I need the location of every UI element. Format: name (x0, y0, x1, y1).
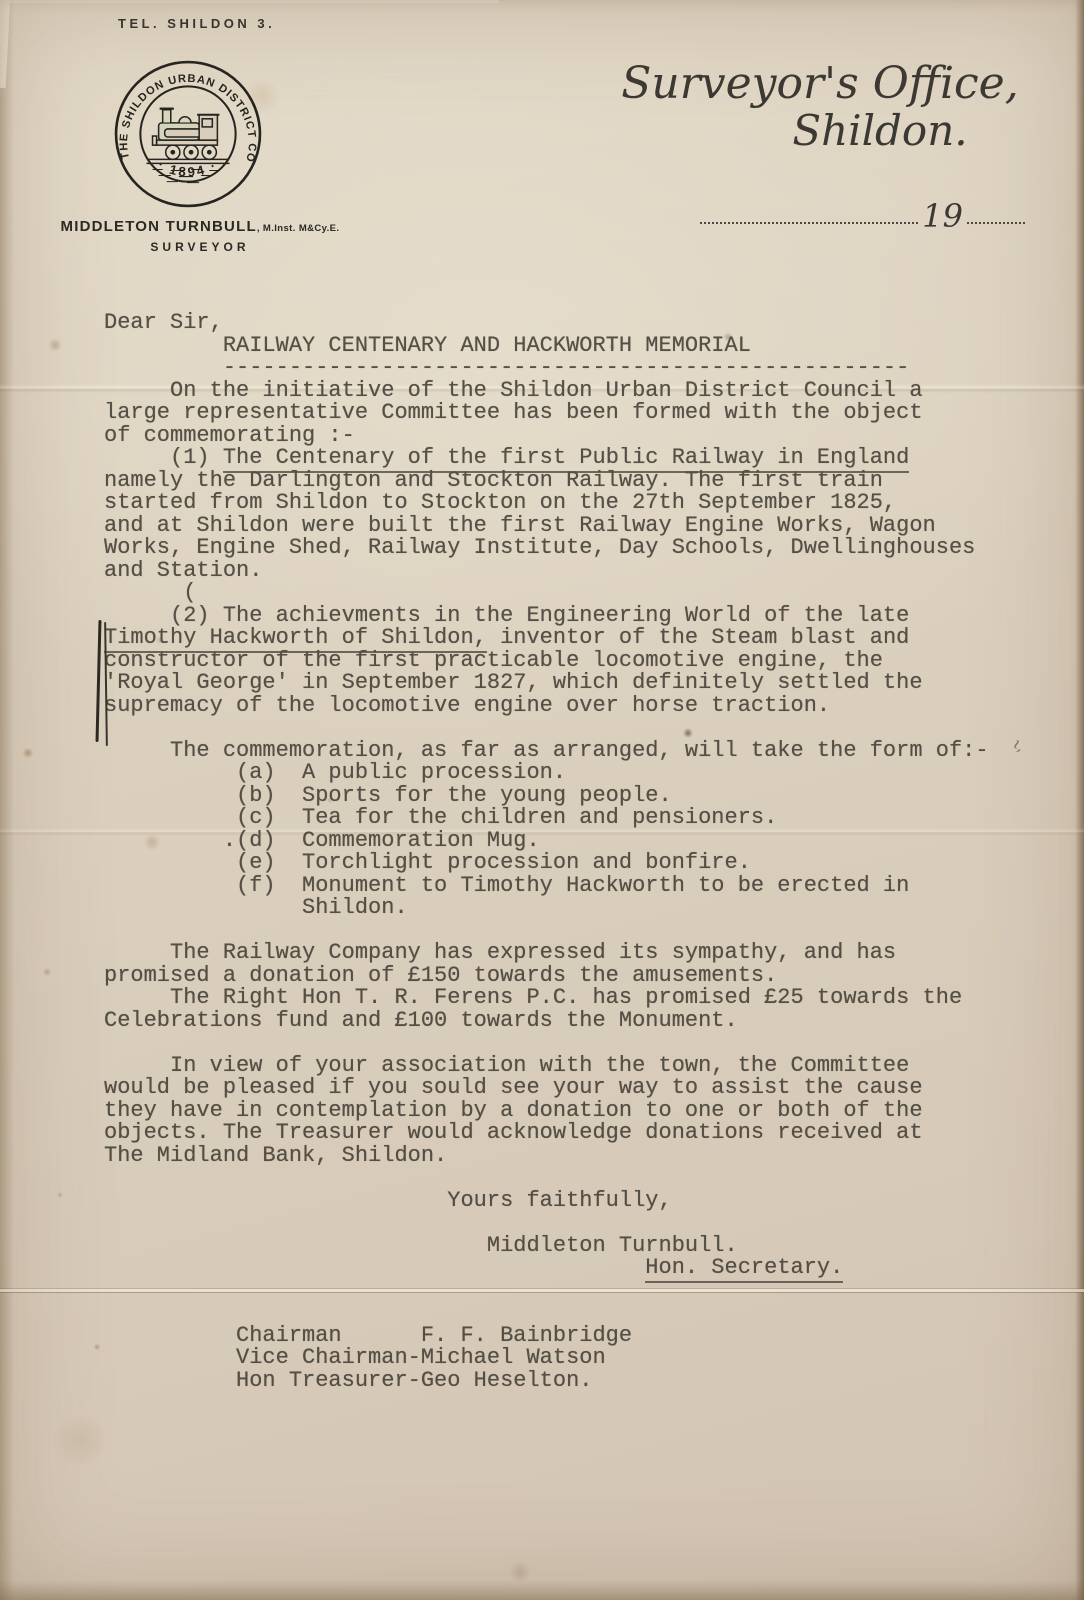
letter-line (104, 1280, 1034, 1303)
council-seal: THE SHILDON URBAN DISTRICT COUNCIL · 189… (112, 58, 264, 215)
typewritten-text: (1) (104, 445, 223, 470)
letter-line: Shildon. (104, 897, 1034, 920)
typewritten-text: ( (104, 580, 196, 605)
letter-line: Chairman F. F. Bainbridge (104, 1325, 1034, 1348)
letter-line: In view of your association with the tow… (104, 1055, 1034, 1078)
office-address: Surveyor's Office, Shildon. (610, 60, 1030, 155)
typewritten-text: In view of your association with the tow… (104, 1053, 909, 1078)
letter-line: promised a donation of £150 towards the … (104, 965, 1034, 988)
letter-line: objects. The Treasurer would acknowledge… (104, 1122, 1034, 1145)
underlined-text: Hon. Secretary. (645, 1255, 843, 1283)
typewritten-text (104, 1255, 645, 1280)
typewritten-text: constructor of the first practicable loc… (104, 648, 883, 673)
office-address-line2: Shildon. (730, 108, 1030, 154)
letter-line (104, 717, 1034, 740)
typewritten-text: ----------------------------------------… (104, 355, 909, 380)
typewritten-text: (b) Sports for the young people. (104, 783, 672, 808)
letter-line: (1) The Centenary of the first Public Ra… (104, 447, 1034, 470)
letter-line: The Railway Company has expressed its sy… (104, 942, 1034, 965)
typewritten-text: large representative Committee has been … (104, 400, 923, 425)
letter-line: .(d) Commemoration Mug. (104, 830, 1034, 853)
typewritten-text: Dear Sir, (104, 310, 223, 335)
typewritten-text: Shildon. (104, 895, 408, 920)
typewritten-text: The Right Hon T. R. Ferens P.C. has prom… (104, 985, 962, 1010)
typewritten-text: and Station. (104, 558, 262, 583)
surveyor-title: SURVEYOR (55, 240, 345, 254)
typewritten-text: 'Royal George' in September 1827, which … (104, 670, 923, 695)
typewritten-text: (e) Torchlight procession and bonfire. (104, 850, 751, 875)
typewritten-text: started from Shildon to Stockton on the … (104, 490, 896, 515)
letter-line: of commemorating :- (104, 425, 1034, 448)
letter-line: (c) Tea for the children and pensioners. (104, 807, 1034, 830)
letter-line: ( (104, 582, 1034, 605)
council-seal-graphic: THE SHILDON URBAN DISTRICT COUNCIL · 189… (112, 58, 264, 210)
typewritten-text: RAILWAY CENTENARY AND HACKWORTH MEMORIAL (104, 333, 751, 358)
letter-line: (a) A public procession. (104, 762, 1034, 785)
letter-line: and at Shildon were built the first Rail… (104, 515, 1034, 538)
page-corner-backing (0, 0, 10, 88)
date-dotted-rule (967, 198, 1025, 224)
typewritten-text: Middleton Turnbull. (104, 1233, 738, 1258)
letter-body: Dear Sir, RAILWAY CENTENARY AND HACKWORT… (104, 312, 1034, 1392)
letter-line: (b) Sports for the young people. (104, 785, 1034, 808)
typewritten-text: would be pleased if you sould see your w… (104, 1075, 923, 1100)
letter-line (104, 1212, 1034, 1235)
letter-line: Hon Treasurer-Geo Heselton. (104, 1370, 1034, 1393)
typewritten-text: promised a donation of £150 towards the … (104, 963, 777, 988)
typewritten-text: of commemorating :- (104, 423, 355, 448)
typewritten-text: Celebrations fund and £100 towards the M… (104, 1008, 738, 1033)
letter-line: (e) Torchlight procession and bonfire. (104, 852, 1034, 875)
letter-line: The commemoration, as far as arranged, w… (104, 740, 1034, 763)
typewritten-text: The Railway Company has expressed its sy… (104, 940, 896, 965)
typewritten-text: inventor of the Steam blast and (487, 625, 909, 650)
letter-line: Hon. Secretary. (104, 1257, 1034, 1280)
typewritten-text: Yours faithfully, (104, 1188, 672, 1213)
typewritten-text: they have in contemplation by a donation… (104, 1098, 923, 1123)
surveyor-name: MIDDLETON TURNBULL (61, 218, 257, 235)
telephone-line: TEL. SHILDON 3. (118, 16, 275, 31)
typewritten-text: (a) A public procession. (104, 760, 566, 785)
letter-line (104, 1302, 1034, 1325)
letter-line: constructor of the first practicable loc… (104, 650, 1034, 673)
letter-line: Vice Chairman-Michael Watson (104, 1347, 1034, 1370)
typewritten-text: Works, Engine Shed, Railway Institute, D… (104, 535, 975, 560)
typewritten-text: Chairman F. F. Bainbridge (104, 1323, 632, 1348)
letter-line: ----------------------------------------… (104, 357, 1034, 380)
margin-pen-mark (96, 620, 102, 742)
typewritten-text: .(d) Commemoration Mug. (104, 828, 540, 853)
typewritten-text: objects. The Treasurer would acknowledge… (104, 1120, 923, 1145)
letter-line: Timothy Hackworth of Shildon, inventor o… (104, 627, 1034, 650)
letter-line: The Right Hon T. R. Ferens P.C. has prom… (104, 987, 1034, 1010)
letter-line: would be pleased if you sould see your w… (104, 1077, 1034, 1100)
letter-line: they have in contemplation by a donation… (104, 1100, 1034, 1123)
letter-page: TEL. SHILDON 3. THE SHILDON URBAN DISTRI… (0, 0, 1084, 1600)
office-address-line1: Surveyor's Office, (610, 60, 1030, 108)
typewritten-text: The Midland Bank, Shildon. (104, 1143, 447, 1168)
letter-line: supremacy of the locomotive engine over … (104, 695, 1034, 718)
surveyor-name-block: MIDDLETON TURNBULL, M.Inst. M&Cy.E. SURV… (55, 218, 345, 254)
date-year-prefix: 19 (918, 204, 967, 230)
typewritten-text: On the initiative of the Shildon Urban D… (104, 378, 923, 403)
letter-line (104, 920, 1034, 943)
date-dotted-rule (700, 198, 918, 224)
typewritten-text: supremacy of the locomotive engine over … (104, 693, 830, 718)
typewritten-text: The commemoration, as far as arranged, w… (104, 738, 989, 763)
letter-line: On the initiative of the Shildon Urban D… (104, 380, 1034, 403)
letter-line: Yours faithfully, (104, 1190, 1034, 1213)
letter-line (104, 1032, 1034, 1055)
letter-line: RAILWAY CENTENARY AND HACKWORTH MEMORIAL (104, 335, 1034, 358)
letter-line: The Midland Bank, Shildon. (104, 1145, 1034, 1168)
letter-line: 'Royal George' in September 1827, which … (104, 672, 1034, 695)
typewritten-text: namely the Darlington and Stockton Railw… (104, 468, 883, 493)
letter-line: Middleton Turnbull. (104, 1235, 1034, 1258)
letter-line: Dear Sir, (104, 312, 1034, 335)
typewritten-text: Hon Treasurer-Geo Heselton. (104, 1368, 592, 1393)
letter-line: started from Shildon to Stockton on the … (104, 492, 1034, 515)
letter-line: (f) Monument to Timothy Hackworth to be … (104, 875, 1034, 898)
page-top-edge (0, 0, 499, 3)
letter-line: large representative Committee has been … (104, 402, 1034, 425)
letter-line: and Station. (104, 560, 1034, 583)
letter-line (104, 1167, 1034, 1190)
letter-line: Works, Engine Shed, Railway Institute, D… (104, 537, 1034, 560)
typewritten-text: (2) The achievments in the Engineering W… (104, 603, 909, 628)
letter-line: Celebrations fund and £100 towards the M… (104, 1010, 1034, 1033)
surveyor-credentials: , M.Inst. M&Cy.E. (257, 223, 340, 234)
typewritten-text: (f) Monument to Timothy Hackworth to be … (104, 873, 909, 898)
date-line: 19 (700, 198, 1025, 224)
typewritten-text: (c) Tea for the children and pensioners. (104, 805, 777, 830)
typewritten-text: and at Shildon were built the first Rail… (104, 513, 936, 538)
typewritten-text: Vice Chairman-Michael Watson (104, 1345, 606, 1370)
letter-line: (2) The achievments in the Engineering W… (104, 605, 1034, 628)
